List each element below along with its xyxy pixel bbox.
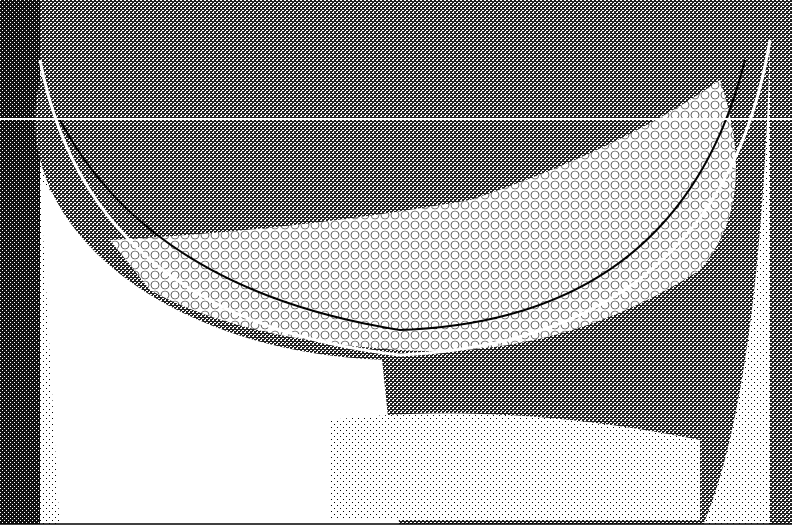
container-photo: [0, 0, 792, 532]
photograph: [0, 0, 792, 532]
